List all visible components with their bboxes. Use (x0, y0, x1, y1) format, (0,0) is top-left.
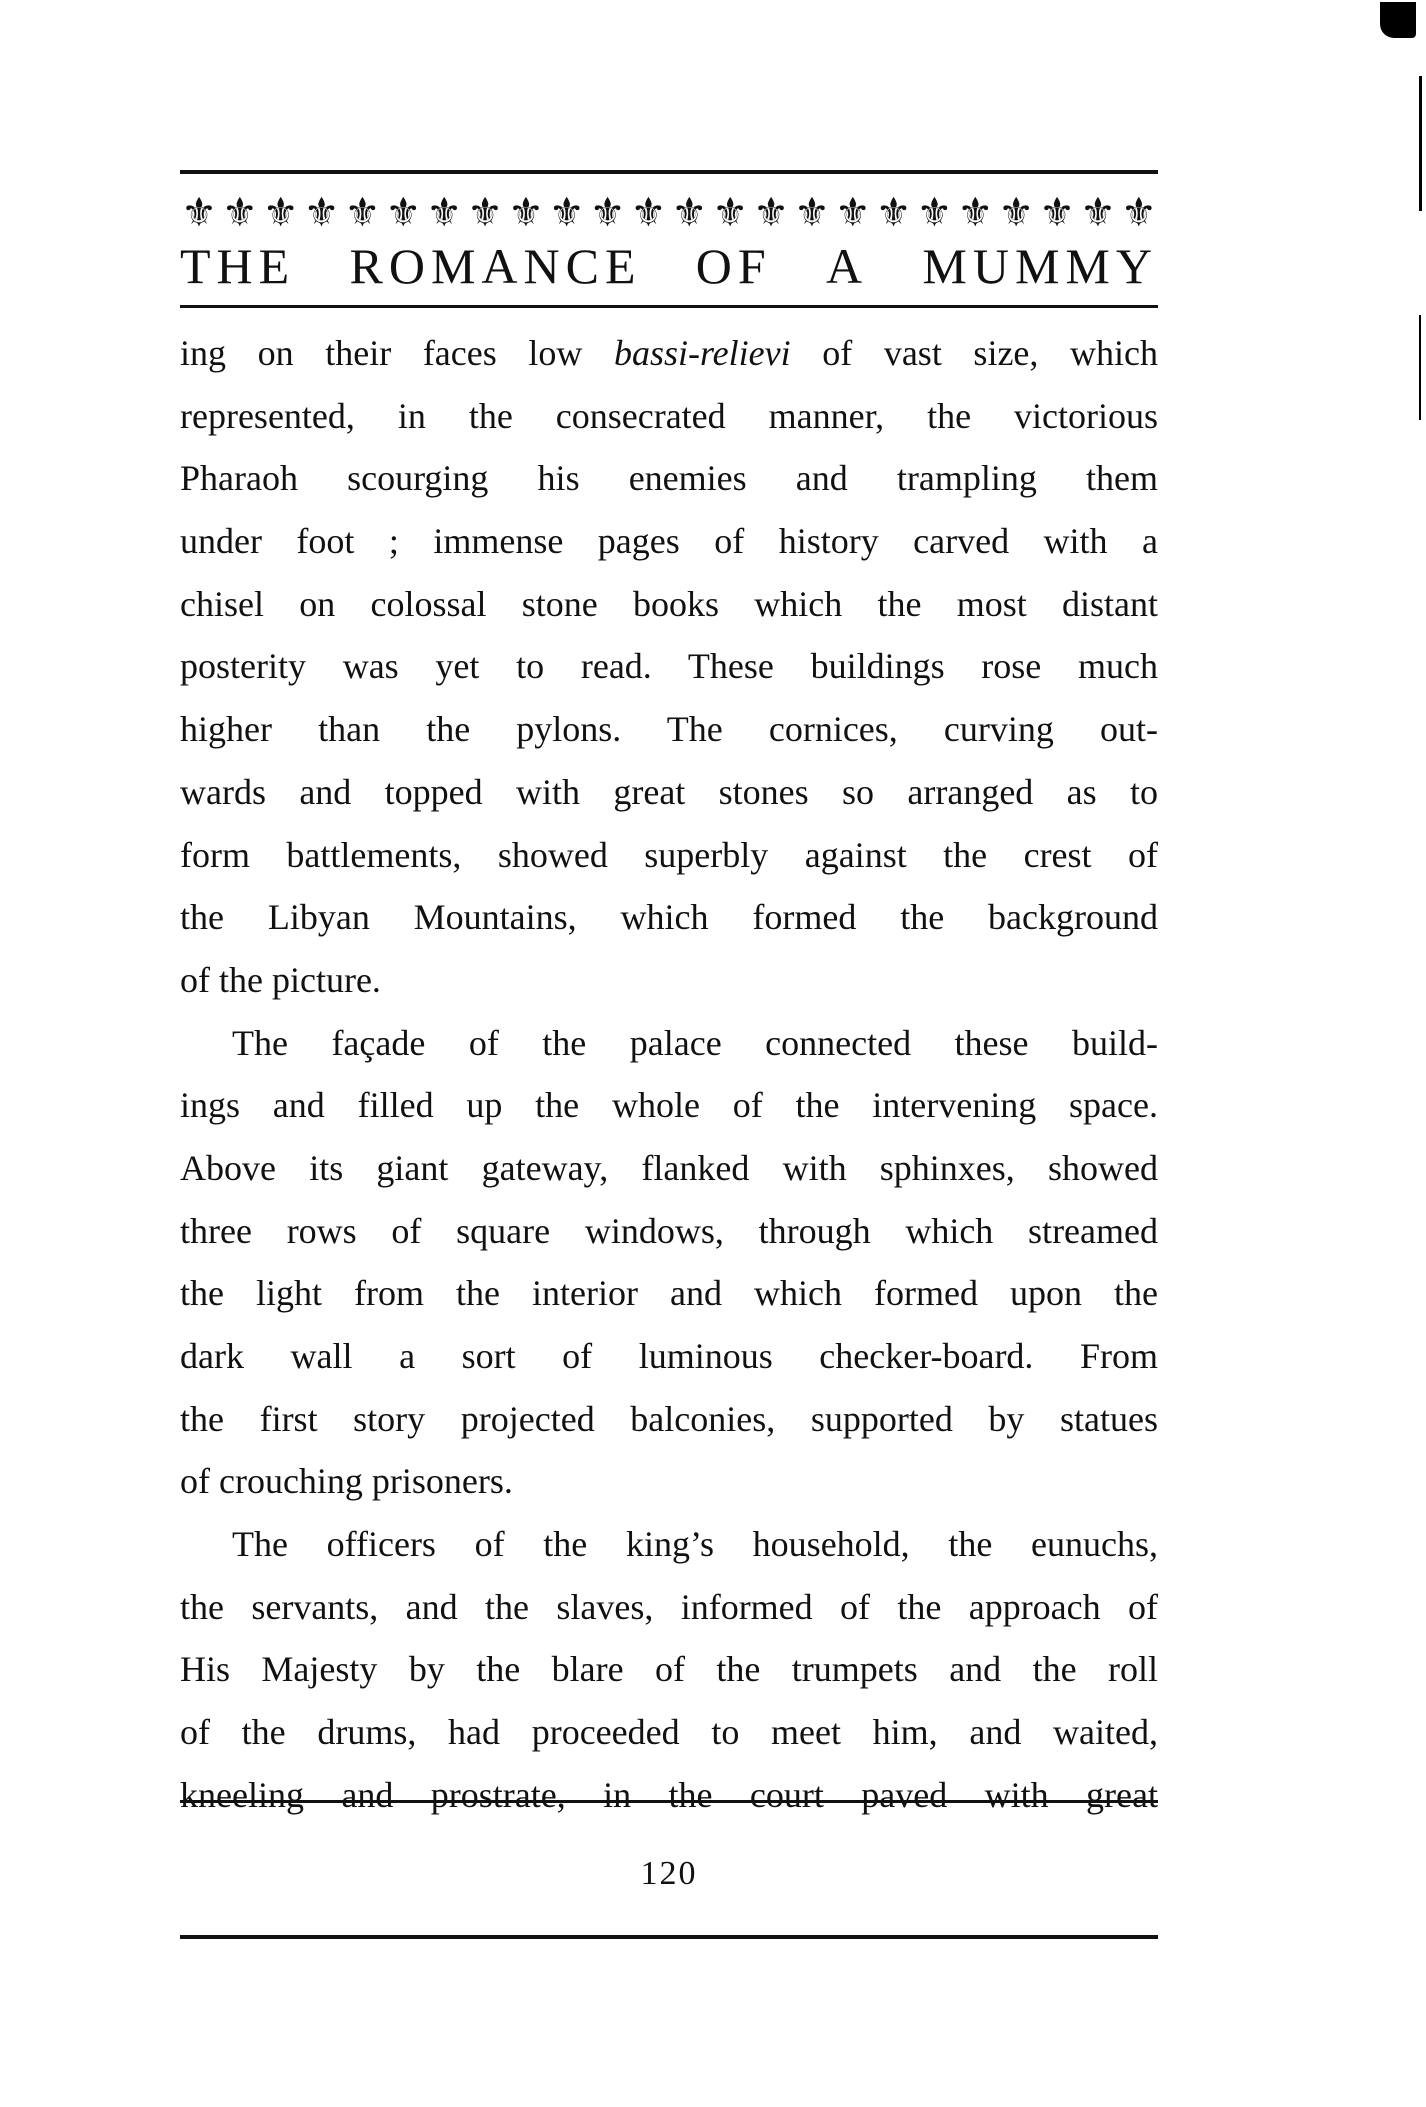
running-title-word: THE (180, 238, 295, 294)
text-line: under foot ; immense pages of history ca… (180, 510, 1158, 573)
fleur-de-lis-icon: ⚜ (466, 192, 504, 234)
running-title-word: OF (696, 238, 772, 294)
fleur-de-lis-icon: ⚜ (384, 192, 422, 234)
fleur-de-lis-icon: ⚜ (425, 192, 463, 234)
running-title-word: MUMMY (922, 238, 1158, 294)
fleur-de-lis-icon: ⚜ (793, 192, 831, 234)
scan-edge-line (1419, 76, 1422, 211)
text-segment: ing on their faces low (180, 333, 614, 373)
text-line: the light from the interior and which fo… (180, 1262, 1158, 1325)
text-segment: the Libyan Mountains, which formed the b… (180, 897, 1158, 937)
fleur-de-lis-icon: ⚜ (1038, 192, 1076, 234)
fleur-de-lis-icon: ⚜ (915, 192, 953, 234)
fleur-de-lis-icon: ⚜ (1079, 192, 1117, 234)
text-line: the Libyan Mountains, which formed the b… (180, 886, 1158, 949)
text-line: the first story projected balconies, sup… (180, 1388, 1158, 1451)
fleur-de-lis-icon: ⚜ (589, 192, 627, 234)
fleur-de-lis-icon: ⚜ (548, 192, 586, 234)
fleur-de-lis-icon: ⚜ (752, 192, 790, 234)
fleur-de-lis-icon: ⚜ (834, 192, 872, 234)
page-number: 120 (180, 1852, 1158, 1896)
fleur-de-lis-icon: ⚜ (711, 192, 749, 234)
running-title-word: A (826, 238, 868, 294)
fleur-de-lis-icon: ⚜ (262, 192, 300, 234)
fleur-de-lis-icon: ⚜ (997, 192, 1035, 234)
text-segment: under foot ; immense pages of history ca… (180, 521, 1158, 561)
text-line: Above its giant gateway, flanked with sp… (180, 1137, 1158, 1200)
text-line: The officers of the king’s household, th… (180, 1513, 1158, 1576)
fleur-de-lis-icon: ⚜ (956, 192, 994, 234)
fleuron-ornament-row: ⚜⚜⚜⚜⚜⚜⚜⚜⚜⚜⚜⚜⚜⚜⚜⚜⚜⚜⚜⚜⚜⚜⚜⚜ (180, 192, 1158, 234)
text-segment: three rows of square windows, through wh… (180, 1211, 1158, 1251)
text-line: chisel on colossal stone books which the… (180, 573, 1158, 636)
text-line: His Majesty by the blare of the trumpets… (180, 1638, 1158, 1701)
text-segment: His Majesty by the blare of the trumpets… (180, 1649, 1158, 1689)
text-line: ing on their faces low bassi-relievi of … (180, 322, 1158, 385)
text-segment: of the picture. (180, 960, 381, 1000)
text-segment: wards and topped with great stones so ar… (180, 772, 1158, 812)
text-segment: the first story projected balconies, sup… (180, 1399, 1158, 1439)
text-line: higher than the pylons. The cornices, cu… (180, 698, 1158, 761)
top-rule (180, 170, 1158, 174)
text-segment: dark wall a sort of luminous checker-boa… (180, 1336, 1158, 1376)
italic-phrase: bassi-relievi (614, 333, 791, 373)
scan-edge-shadow (1380, 2, 1416, 38)
bottom-rule (180, 1935, 1158, 1939)
running-title-word: ROMANCE (349, 238, 641, 294)
text-segment: the servants, and the slaves, informed o… (180, 1587, 1158, 1627)
text-line: form battlements, showed superbly agains… (180, 824, 1158, 887)
text-segment: chisel on colossal stone books which the… (180, 584, 1158, 624)
text-segment: posterity was yet to read. These buildin… (180, 646, 1158, 686)
text-line: The façade of the palace connected these… (180, 1012, 1158, 1075)
text-line: of the picture. (180, 949, 1158, 1012)
fleur-de-lis-icon: ⚜ (507, 192, 545, 234)
text-segment: the light from the interior and which fo… (180, 1273, 1158, 1313)
text-segment: form battlements, showed superbly agains… (180, 835, 1158, 875)
text-segment: represented, in the consecrated manner, … (180, 396, 1158, 436)
fleur-de-lis-icon: ⚜ (1120, 192, 1158, 234)
text-line: of crouching prisoners. (180, 1450, 1158, 1513)
fleur-de-lis-icon: ⚜ (303, 192, 341, 234)
header-rule (180, 305, 1158, 308)
text-line: kneeling and prostrate, in the court pav… (180, 1764, 1158, 1827)
text-line: wards and topped with great stones so ar… (180, 761, 1158, 824)
running-title: THEROMANCEOFAMUMMY (180, 238, 1158, 294)
text-segment: of vast size, which (791, 333, 1158, 373)
text-segment: kneeling and prostrate, in the court pav… (180, 1775, 1158, 1815)
text-segment: of the drums, had proceeded to meet him,… (180, 1712, 1158, 1752)
fleur-de-lis-icon: ⚜ (629, 192, 667, 234)
text-segment: Above its giant gateway, flanked with sp… (180, 1148, 1158, 1188)
fleur-de-lis-icon: ⚜ (670, 192, 708, 234)
scan-edge-line (1419, 315, 1421, 420)
fleur-de-lis-icon: ⚜ (875, 192, 913, 234)
text-line: ings and filled up the whole of the inte… (180, 1074, 1158, 1137)
text-line: three rows of square windows, through wh… (180, 1200, 1158, 1263)
fleur-de-lis-icon: ⚜ (221, 192, 259, 234)
text-line: Pharaoh scourging his enemies and trampl… (180, 447, 1158, 510)
text-segment: higher than the pylons. The cornices, cu… (180, 709, 1158, 749)
footer-rule (180, 1800, 1158, 1803)
text-line: posterity was yet to read. These buildin… (180, 635, 1158, 698)
text-segment: of crouching prisoners. (180, 1461, 513, 1501)
text-line: represented, in the consecrated manner, … (180, 385, 1158, 448)
body-text: ing on their faces low bassi-relievi of … (180, 322, 1158, 1827)
text-segment: The façade of the palace connected these… (232, 1023, 1158, 1063)
text-segment: ings and filled up the whole of the inte… (180, 1085, 1158, 1125)
text-line: of the drums, had proceeded to meet him,… (180, 1701, 1158, 1764)
text-line: the servants, and the slaves, informed o… (180, 1576, 1158, 1639)
text-segment: Pharaoh scourging his enemies and trampl… (180, 458, 1158, 498)
fleur-de-lis-icon: ⚜ (343, 192, 381, 234)
fleur-de-lis-icon: ⚜ (180, 192, 218, 234)
text-line: dark wall a sort of luminous checker-boa… (180, 1325, 1158, 1388)
text-segment: The officers of the king’s household, th… (232, 1524, 1158, 1564)
